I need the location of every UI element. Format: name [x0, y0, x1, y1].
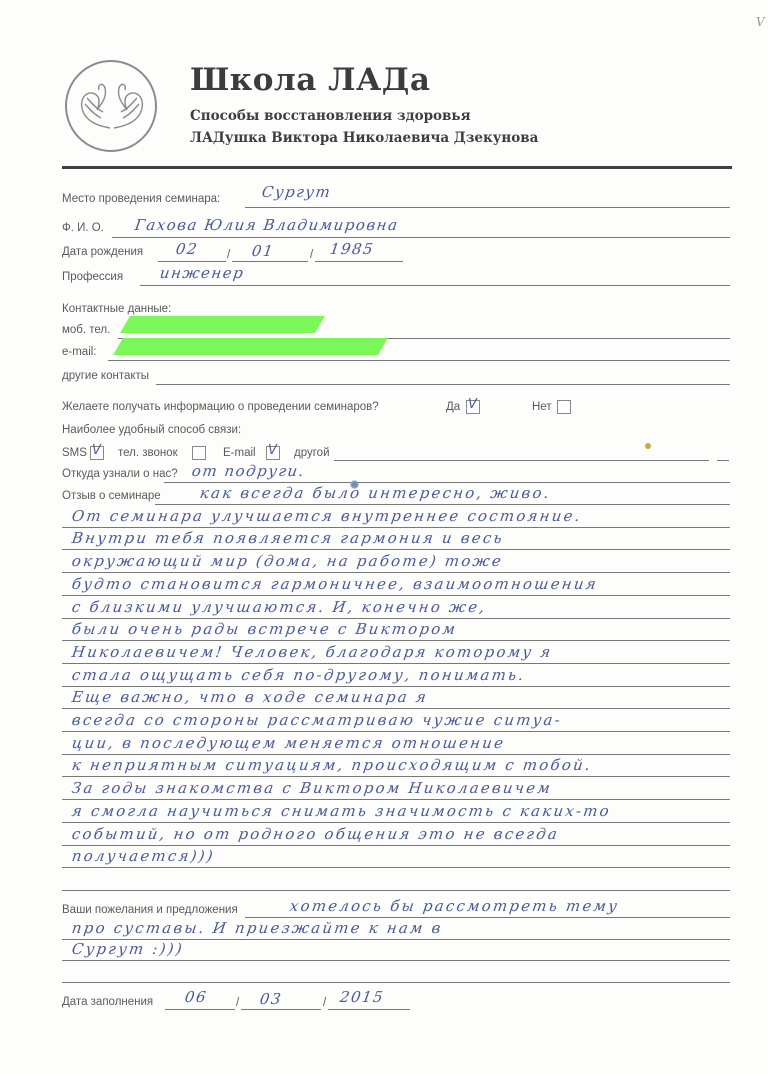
source-label: Откуда узнали о нас?	[62, 468, 178, 480]
review-rule	[62, 549, 730, 550]
birth-year-field[interactable]	[315, 261, 403, 262]
review-rule	[62, 527, 730, 528]
contacts-heading: Контактные данные:	[62, 303, 171, 315]
venue-value: Сургут	[261, 183, 333, 201]
fill-month-field[interactable]	[241, 1009, 321, 1010]
review-line: Еще важно, что в ходе семинара я	[71, 688, 430, 706]
fill-day-value: 06	[184, 988, 209, 1006]
email-field[interactable]	[108, 360, 730, 361]
review-rule	[62, 867, 730, 868]
fill-date-sep-1: /	[236, 997, 239, 1009]
review-rule	[62, 572, 730, 573]
review-line: Николаевичем! Человек, благодаря котором…	[71, 643, 554, 661]
school-tagline: ЛАДушка Виктора Николаевича Дзекунова	[190, 130, 538, 146]
profession-value: инженер	[159, 264, 246, 282]
corner-handwritten-mark: V	[756, 15, 765, 29]
other-contacts-label: другие контакты	[62, 370, 149, 382]
venue-label: Место проведения семинара:	[62, 193, 220, 205]
review-rule	[62, 595, 730, 596]
review-rule	[62, 754, 730, 755]
fio-label: Ф. И. О.	[62, 222, 104, 234]
review-line: ции, в последующем меняется отношение	[71, 734, 507, 752]
email-label: e-mail:	[62, 346, 97, 358]
newsletter-no-label: Нет	[532, 401, 552, 413]
review-rule	[62, 708, 730, 709]
email-contact-checkbox[interactable]: V	[266, 446, 280, 460]
school-logo	[65, 60, 157, 152]
review-rule	[62, 776, 730, 777]
birth-year-value: 1985	[329, 240, 376, 258]
review-line: были очень рады встрече с Виктором	[71, 620, 459, 638]
check-mark-icon: V	[92, 443, 101, 458]
birth-day-value: 02	[175, 240, 200, 258]
birth-month-field[interactable]	[232, 261, 308, 262]
review-line: событий, но от родного общения это не вс…	[71, 825, 561, 843]
newsletter-question: Желаете получать информацию о проведении…	[62, 401, 379, 413]
newsletter-yes-checkbox[interactable]: V	[466, 400, 480, 414]
check-mark-icon: V	[268, 443, 277, 458]
review-rule	[62, 686, 730, 687]
fill-month-value: 03	[259, 990, 284, 1008]
preferred-contact-heading: Наиболее удобный способ связи:	[62, 424, 241, 436]
wishes-label: Ваши пожелания и предложения	[62, 904, 238, 916]
birth-month-value: 01	[251, 242, 276, 260]
review-line: к неприятным ситуациям, происходящим с т…	[71, 756, 594, 774]
review-rule	[62, 799, 730, 800]
review-label: Отзыв о семинаре	[62, 490, 161, 502]
birth-date-sep-2: /	[310, 249, 313, 261]
fill-date-label: Дата заполнения	[62, 996, 153, 1008]
other-method-field[interactable]	[334, 460, 709, 461]
fio-field[interactable]	[112, 237, 730, 238]
header-divider	[62, 166, 732, 169]
fio-value: Гахова Юлия Владимировна	[134, 216, 400, 234]
source-value: от подруги.	[191, 462, 307, 480]
birth-date-sep-1: /	[227, 249, 230, 261]
email-redaction	[113, 338, 388, 355]
mobile-label: моб. тел.	[62, 324, 110, 336]
review-line: с близкими улучшаются. И, конечно же,	[71, 598, 488, 616]
fill-year-field[interactable]	[328, 1009, 410, 1010]
email-contact-label: E-mail	[223, 447, 256, 459]
review-line: За годы знакомства с Виктором Николаевич…	[71, 779, 554, 797]
wishes-line: хотелось бы рассмотреть тему	[289, 897, 621, 915]
profession-field[interactable]	[140, 285, 730, 286]
birth-date-label: Дата рождения	[62, 246, 143, 258]
wishes-line: про суставы. И приезжайте к нам в	[71, 919, 444, 937]
review-line: как всегда было интересно, живо.	[199, 484, 552, 502]
check-mark-icon: V	[468, 397, 477, 412]
review-line: всегда со стороны рассматриваю чужие сит…	[71, 711, 564, 729]
newsletter-no-checkbox[interactable]	[557, 400, 571, 414]
other-contacts-field[interactable]	[156, 384, 730, 385]
venue-field[interactable]	[245, 207, 730, 208]
review-rule	[62, 618, 730, 619]
fill-date-sep-2: /	[323, 997, 326, 1009]
newsletter-yes-label: Да	[446, 401, 460, 413]
profession-label: Профессия	[62, 271, 123, 283]
wishes-rule	[62, 982, 730, 983]
wishes-line: Сургут :)))	[71, 940, 185, 958]
call-label: тел. звонок	[118, 447, 178, 459]
wishes-rule	[62, 960, 730, 961]
mobile-redaction	[120, 316, 325, 333]
review-rule	[62, 845, 730, 846]
fill-year-value: 2015	[339, 988, 386, 1006]
review-rule	[62, 890, 730, 891]
school-subtitle: Способы восстановления здоровья	[190, 108, 471, 124]
source-field[interactable]	[164, 482, 730, 483]
other-method-field-tail	[717, 460, 729, 461]
other-method-label: другой	[294, 447, 330, 459]
fill-day-field[interactable]	[165, 1009, 235, 1010]
wishes-rule	[245, 917, 730, 918]
review-line: Внутри тебя появляется гармония и весь	[71, 529, 505, 547]
review-rule	[62, 640, 730, 641]
review-line: окружающий мир (дома, на работе) тоже	[71, 552, 505, 570]
review-line: получается)))	[71, 847, 216, 865]
review-rule	[62, 822, 730, 823]
review-rule	[62, 663, 730, 664]
call-checkbox[interactable]	[192, 446, 206, 460]
birth-day-field[interactable]	[158, 261, 226, 262]
review-line: я смогла научиться снимать значимость с …	[71, 802, 613, 820]
ink-smudge	[350, 480, 359, 489]
paper-speck	[645, 443, 651, 449]
swans-logo-icon	[77, 78, 147, 136]
sms-label: SMS	[62, 447, 87, 459]
school-title: Школа ЛАДа	[190, 62, 430, 98]
review-line: стала ощущать себя по-другому, понимать.	[71, 666, 527, 684]
sms-checkbox[interactable]: V	[90, 446, 104, 460]
review-line: От семинара улучшается внутреннее состоя…	[71, 507, 583, 525]
review-rule	[62, 731, 730, 732]
review-line: будто становится гармоничнее, взаимоотно…	[71, 575, 599, 593]
review-rule	[155, 504, 730, 505]
